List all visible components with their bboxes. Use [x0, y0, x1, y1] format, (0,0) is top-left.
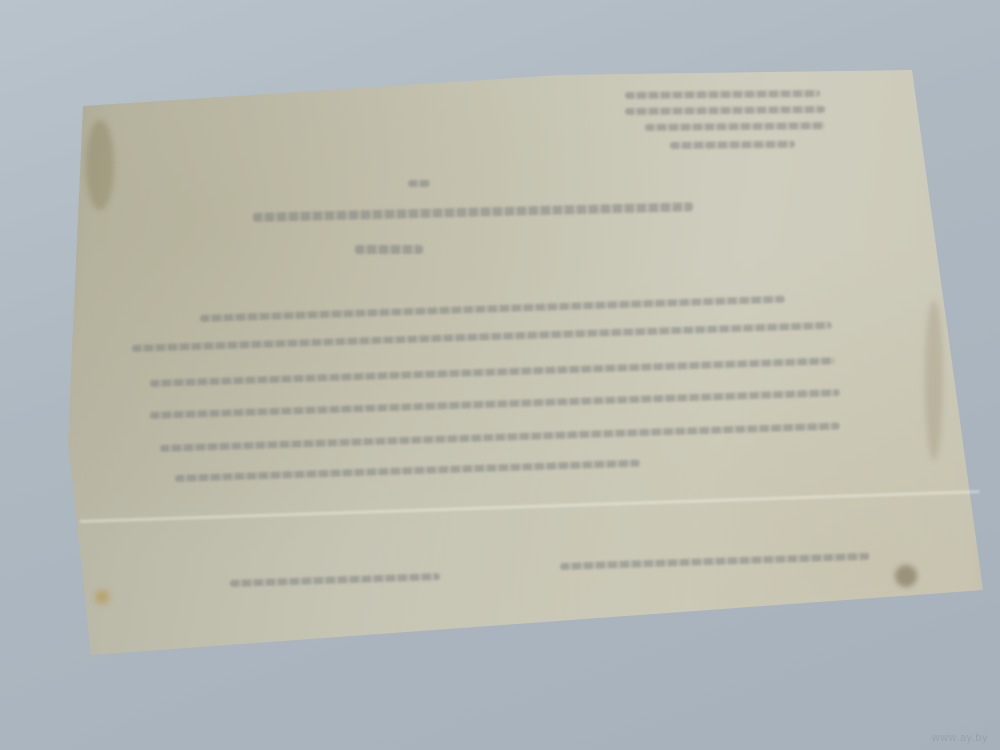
- header-line: [illegible]: [670, 141, 795, 149]
- reference-mark: [illegible]: [408, 180, 430, 187]
- stain-right-edge: [925, 300, 943, 460]
- title-line: [illegible]: [355, 245, 423, 254]
- photo-scene: [illegible] [illegible] [illegible] [ill…: [0, 0, 1000, 750]
- stain-bottom-left: [95, 590, 109, 604]
- stain-top-left: [86, 120, 114, 210]
- stain-bottom-right: [895, 565, 917, 587]
- site-watermark: www.ay.by: [932, 732, 988, 744]
